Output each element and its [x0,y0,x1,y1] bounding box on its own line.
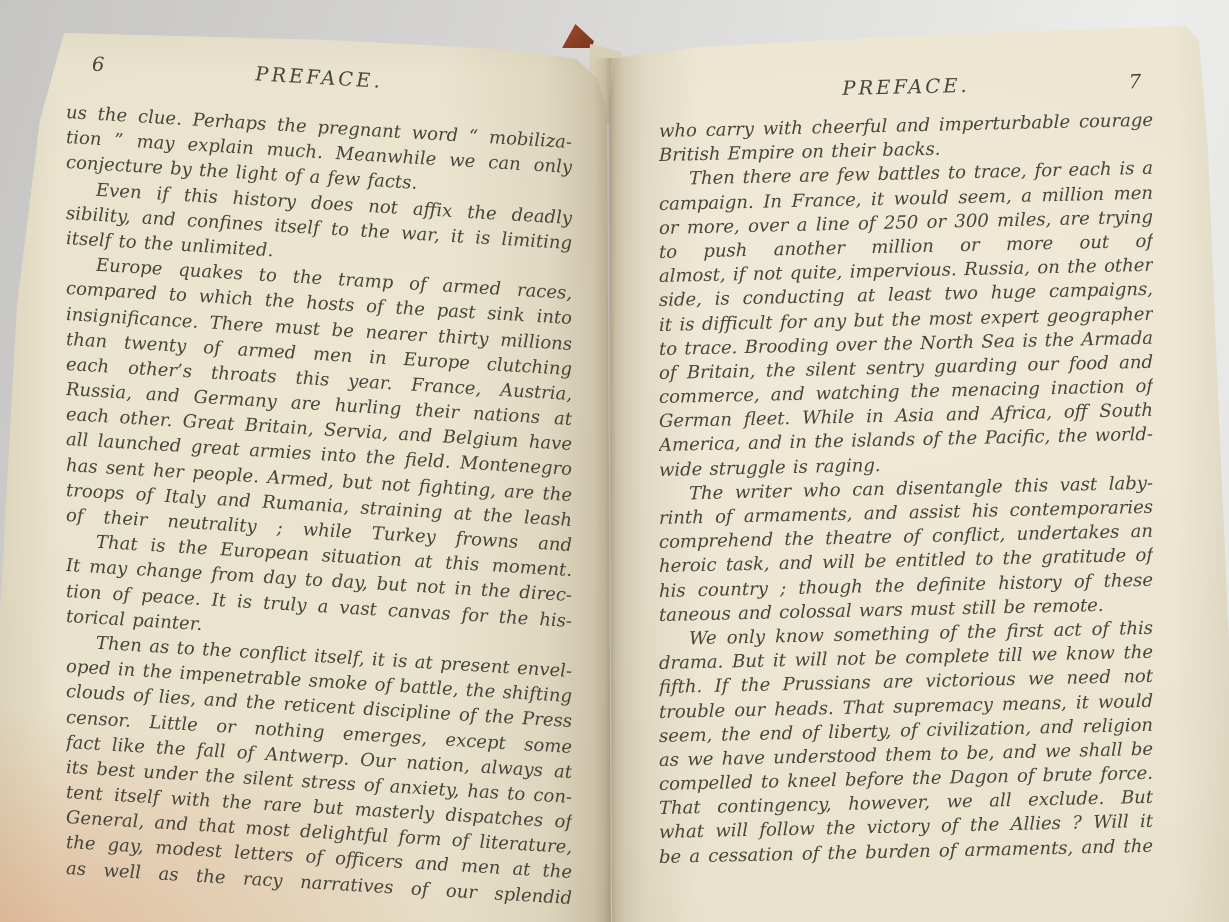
gutter-shadow [594,58,624,922]
page-left-text: 6 PREFACE. us the clue. Perhaps the preg… [66,50,572,911]
page-left-body: us the clue. Perhaps the pregnant word “… [66,100,572,911]
page-number: 7 [1129,69,1141,95]
page-number: 6 [92,52,104,79]
page-right-body: who carry with cheerful and imperturbabl… [659,109,1153,870]
book-photo: 6 PREFACE. us the clue. Perhaps the preg… [0,0,1229,922]
page-right-text: PREFACE. 7 who carry with cheerful and i… [659,69,1153,870]
bookmark-ribbon-icon [562,24,594,48]
